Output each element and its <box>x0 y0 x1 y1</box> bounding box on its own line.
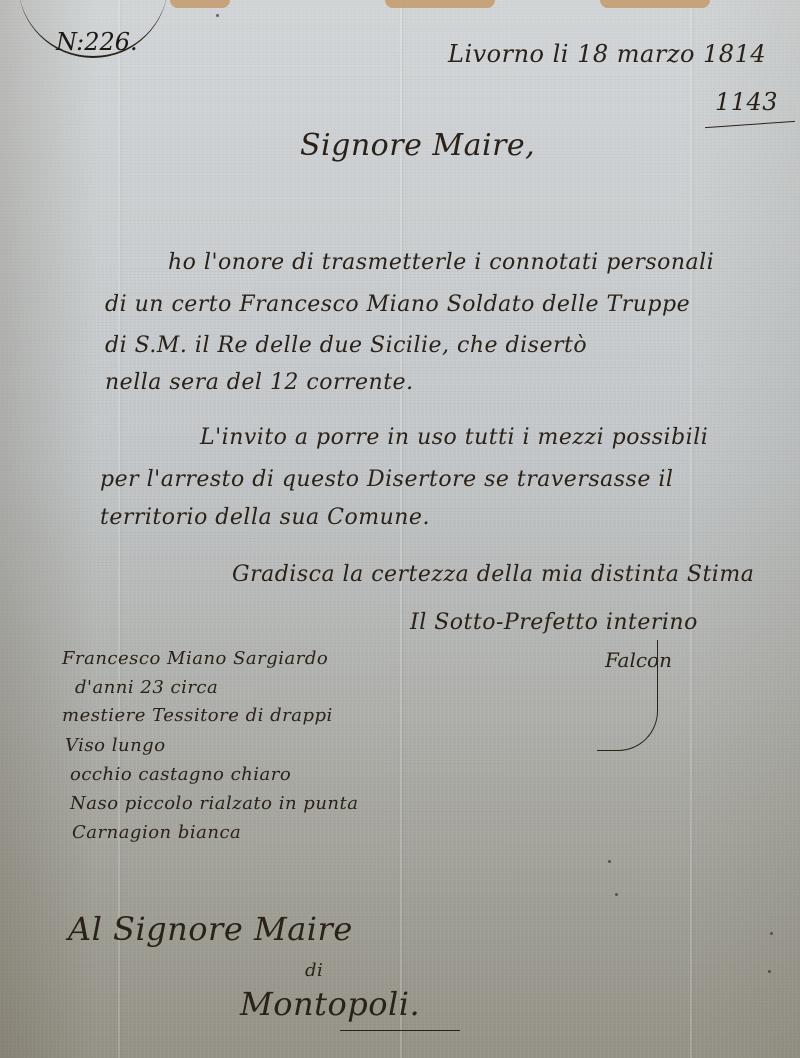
body-line-1: ho l'onore di trasmetterle i connotati p… <box>168 250 714 275</box>
paper-stain <box>170 0 230 8</box>
ink-spot <box>216 14 219 17</box>
paper-fold-line <box>690 0 692 1058</box>
salutation: Signore Maire, <box>300 128 535 163</box>
ink-spot <box>615 893 618 896</box>
signatory-title: Il Sotto-Prefetto interino <box>410 610 698 635</box>
reference-number: N:226. <box>56 28 138 56</box>
description-line-nose: Naso piccolo rialzato in punta <box>70 793 358 814</box>
paper-stain <box>385 0 495 8</box>
paper-stain <box>600 0 710 8</box>
ink-spot <box>768 970 771 973</box>
description-line-complexion: Carnagion bianca <box>72 822 241 843</box>
body-line-6: per l'arresto di questo Disertore se tra… <box>100 467 673 492</box>
body-line-3: di S.M. il Re delle due Sicilie, che dis… <box>105 333 587 358</box>
address-line-1: Al Signore Maire <box>68 910 353 948</box>
description-line-face: Viso lungo <box>65 735 166 756</box>
address-underline <box>340 1030 460 1031</box>
description-line-age: d'anni 23 circa <box>75 677 218 698</box>
closing-line: Gradisca la certezza della mia distinta … <box>232 562 754 587</box>
description-line-eyes: occhio castagno chiaro <box>70 764 291 785</box>
address-line-2: di <box>305 960 323 981</box>
address-line-3: Montopoli. <box>240 985 420 1023</box>
ink-spot <box>770 932 773 935</box>
archive-number: 1143 <box>715 88 778 116</box>
body-line-2: di un certo Francesco Miano Soldato dell… <box>105 292 690 317</box>
body-line-4: nella sera del 12 corrente. <box>105 370 414 395</box>
description-line-name: Francesco Miano Sargiardo <box>62 648 328 669</box>
ink-spot <box>608 860 611 863</box>
place-date: Livorno li 18 marzo 1814 <box>448 40 766 68</box>
body-line-7: territorio della sua Comune. <box>100 505 430 530</box>
signature: Falcon <box>595 640 665 720</box>
description-line-trade: mestiere Tessitore di drappi <box>62 705 333 726</box>
reference-number-stamp: N:226. <box>18 10 168 70</box>
signature-name: Falcon <box>605 648 672 672</box>
body-line-5: L'invito a porre in uso tutti i mezzi po… <box>200 425 708 450</box>
